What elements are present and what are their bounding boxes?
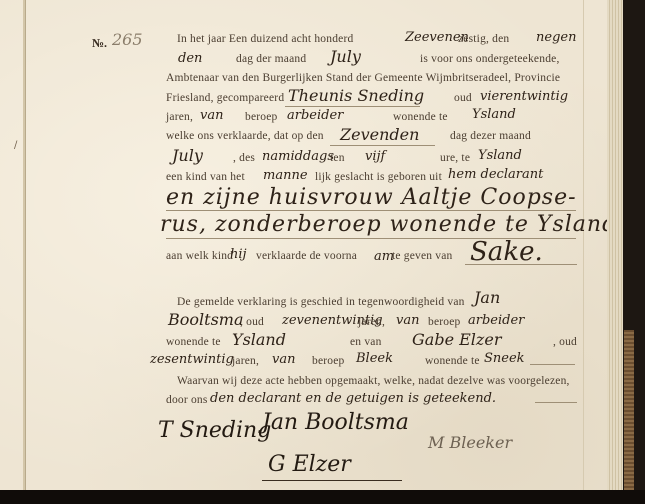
handwritten-text: den (178, 51, 202, 66)
page-edges (607, 0, 623, 492)
handwritten-place: Ysland (472, 107, 516, 122)
record-number: 265 (112, 30, 143, 49)
printed-text: wonende te (393, 111, 448, 123)
printed-text: verklaarde de voorna (256, 250, 357, 262)
printed-text: dag der maand (236, 53, 306, 65)
printed-text: De gemelde verklaring is geschied in teg… (177, 296, 465, 308)
signature-witness2: G Elzer (268, 452, 351, 477)
handwritten-witness1-occupation: arbeider (468, 313, 524, 328)
fill-line (535, 402, 577, 403)
handwritten-signing-clause: den declarant en de getuigen is geteeken… (210, 391, 496, 406)
printed-text: lijk geslacht is geboren uit (315, 171, 442, 183)
fill-line (285, 106, 420, 107)
signature-official: M Bleeker (428, 433, 512, 452)
fill-line (530, 364, 575, 365)
printed-text: aan welk kind (166, 250, 233, 262)
printed-text: Friesland, gecompareerd (166, 92, 284, 104)
printed-text: ure, te (440, 152, 470, 164)
gutter-fold-shadow (25, 0, 26, 490)
printed-text: , oud (240, 316, 264, 328)
handwritten-father-name: Theunis Sneding (288, 86, 424, 105)
record-number-label: №. (92, 36, 107, 51)
printed-text: beroep (428, 316, 461, 328)
printed-text: een kind van het (166, 171, 245, 183)
printed-text: jaren, (232, 355, 259, 367)
handwritten-witness2-occupation: Bleek (356, 351, 393, 366)
binding-cloth (624, 330, 634, 490)
printed-text: jaren, (358, 316, 385, 328)
printed-text: wonende te (166, 336, 221, 348)
printed-text: , des (233, 152, 255, 164)
handwritten-text: hem declarant (448, 167, 543, 182)
signature-declarant: T Sneding (158, 418, 271, 443)
printed-text: beroep (312, 355, 345, 367)
printed-text: te geven van (392, 250, 453, 262)
handwritten-occupation: arbeider (287, 108, 343, 123)
fill-line (330, 145, 435, 146)
fill-line (465, 264, 577, 265)
handwritten-witness1-first: Jan (474, 288, 500, 307)
handwritten-birth-month: July (172, 146, 203, 165)
handwritten-mother-line: en zijne huisvrouw Aaltje Coopse- (166, 185, 577, 210)
printed-text: Waarvan wij deze acte hebben opgemaakt, … (177, 375, 570, 387)
printed-text: dag dezer maand (450, 130, 531, 142)
printed-text: In het jaar Een duizend acht honderd (177, 33, 353, 45)
printed-text: zestig, den (458, 33, 509, 45)
printed-text: en van (350, 336, 382, 348)
handwritten-child-name: Sake. (470, 237, 543, 267)
printed-text: welke ons verklaarde, dat op den (166, 130, 324, 142)
handwritten-witness2-age: zesentwintig (150, 352, 234, 367)
handwritten-text: van (272, 352, 295, 367)
printed-text: jaren, (166, 111, 193, 123)
signature-witness1: Jan Booltsma (262, 410, 409, 435)
handwritten-age: vierentwintig (480, 89, 568, 104)
handwritten-hour: vijf (365, 149, 385, 164)
signature-flourish (262, 480, 402, 481)
handwritten-witness2-name: Gabe Elzer (412, 330, 501, 349)
printed-text: oud (454, 92, 472, 104)
margin-mark: / (14, 140, 17, 151)
handwritten-sex: manne (263, 168, 308, 183)
handwritten-witness1-place: Ysland (232, 330, 286, 349)
handwritten-text: hij (230, 247, 247, 262)
handwritten-mother-residence: rus, zonderberoep wonende te Ysland. (160, 212, 625, 237)
printed-text: wonende te (425, 355, 480, 367)
handwritten-birth-place: Ysland (478, 148, 522, 163)
printed-text: Ambtenaar van den Burgerlijken Stand der… (166, 72, 560, 84)
register-page: / №. 265 In het jaar Een duizend acht ho… (0, 0, 622, 490)
handwritten-witness1-last: Booltsma (168, 310, 244, 329)
handwritten-time-of-day: namiddags (262, 149, 334, 164)
handwritten-text: van (396, 313, 419, 328)
printed-text: door ons (166, 394, 208, 406)
handwritten-witness2-place: Sneek (484, 351, 525, 366)
printed-text: beroep (245, 111, 278, 123)
handwritten-birth-day: Zevenden (340, 125, 419, 144)
printed-text: is voor ons ondergeteekende, (420, 53, 560, 65)
handwritten-text: van (200, 108, 223, 123)
printed-text: ten (330, 152, 345, 164)
printed-text: , oud (553, 336, 577, 348)
bottom-shadow (0, 490, 645, 504)
handwritten-month: July (330, 47, 361, 66)
handwritten-day: negen (536, 30, 576, 45)
fill-line (166, 210, 576, 211)
margin-rule (583, 0, 584, 490)
